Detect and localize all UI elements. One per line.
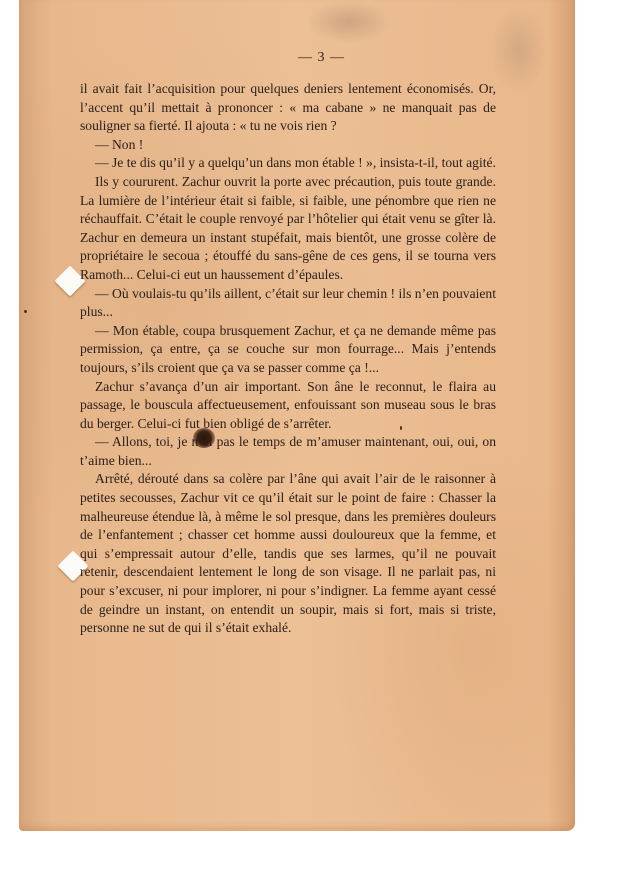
paragraph: — Je te dis qu’il y a quelqu’un dans mon… <box>80 154 496 173</box>
paragraph: — Allons, toi, je n’ai pas le temps de m… <box>80 433 496 470</box>
page-number: — 3 — <box>0 50 643 66</box>
paragraph: — Où voulais-tu qu’ils aillent, c’était … <box>80 285 496 322</box>
paragraph: il avait fait l’acquisition pour quelque… <box>80 80 496 136</box>
paragraph: Arrêté, dérouté dans sa colère par l’âne… <box>80 470 496 637</box>
paragraph: Zachur s’avança d’un air important. Son … <box>80 378 496 434</box>
paragraph: — Mon étable, coupa brusquement Zachur, … <box>80 322 496 378</box>
paragraph: — Non ! <box>80 136 496 155</box>
paper-speck <box>24 310 27 313</box>
paragraph: Ils y coururent. Zachur ouvrit la porte … <box>80 173 496 285</box>
body-text: il avait fait l’acquisition pour quelque… <box>80 80 496 638</box>
